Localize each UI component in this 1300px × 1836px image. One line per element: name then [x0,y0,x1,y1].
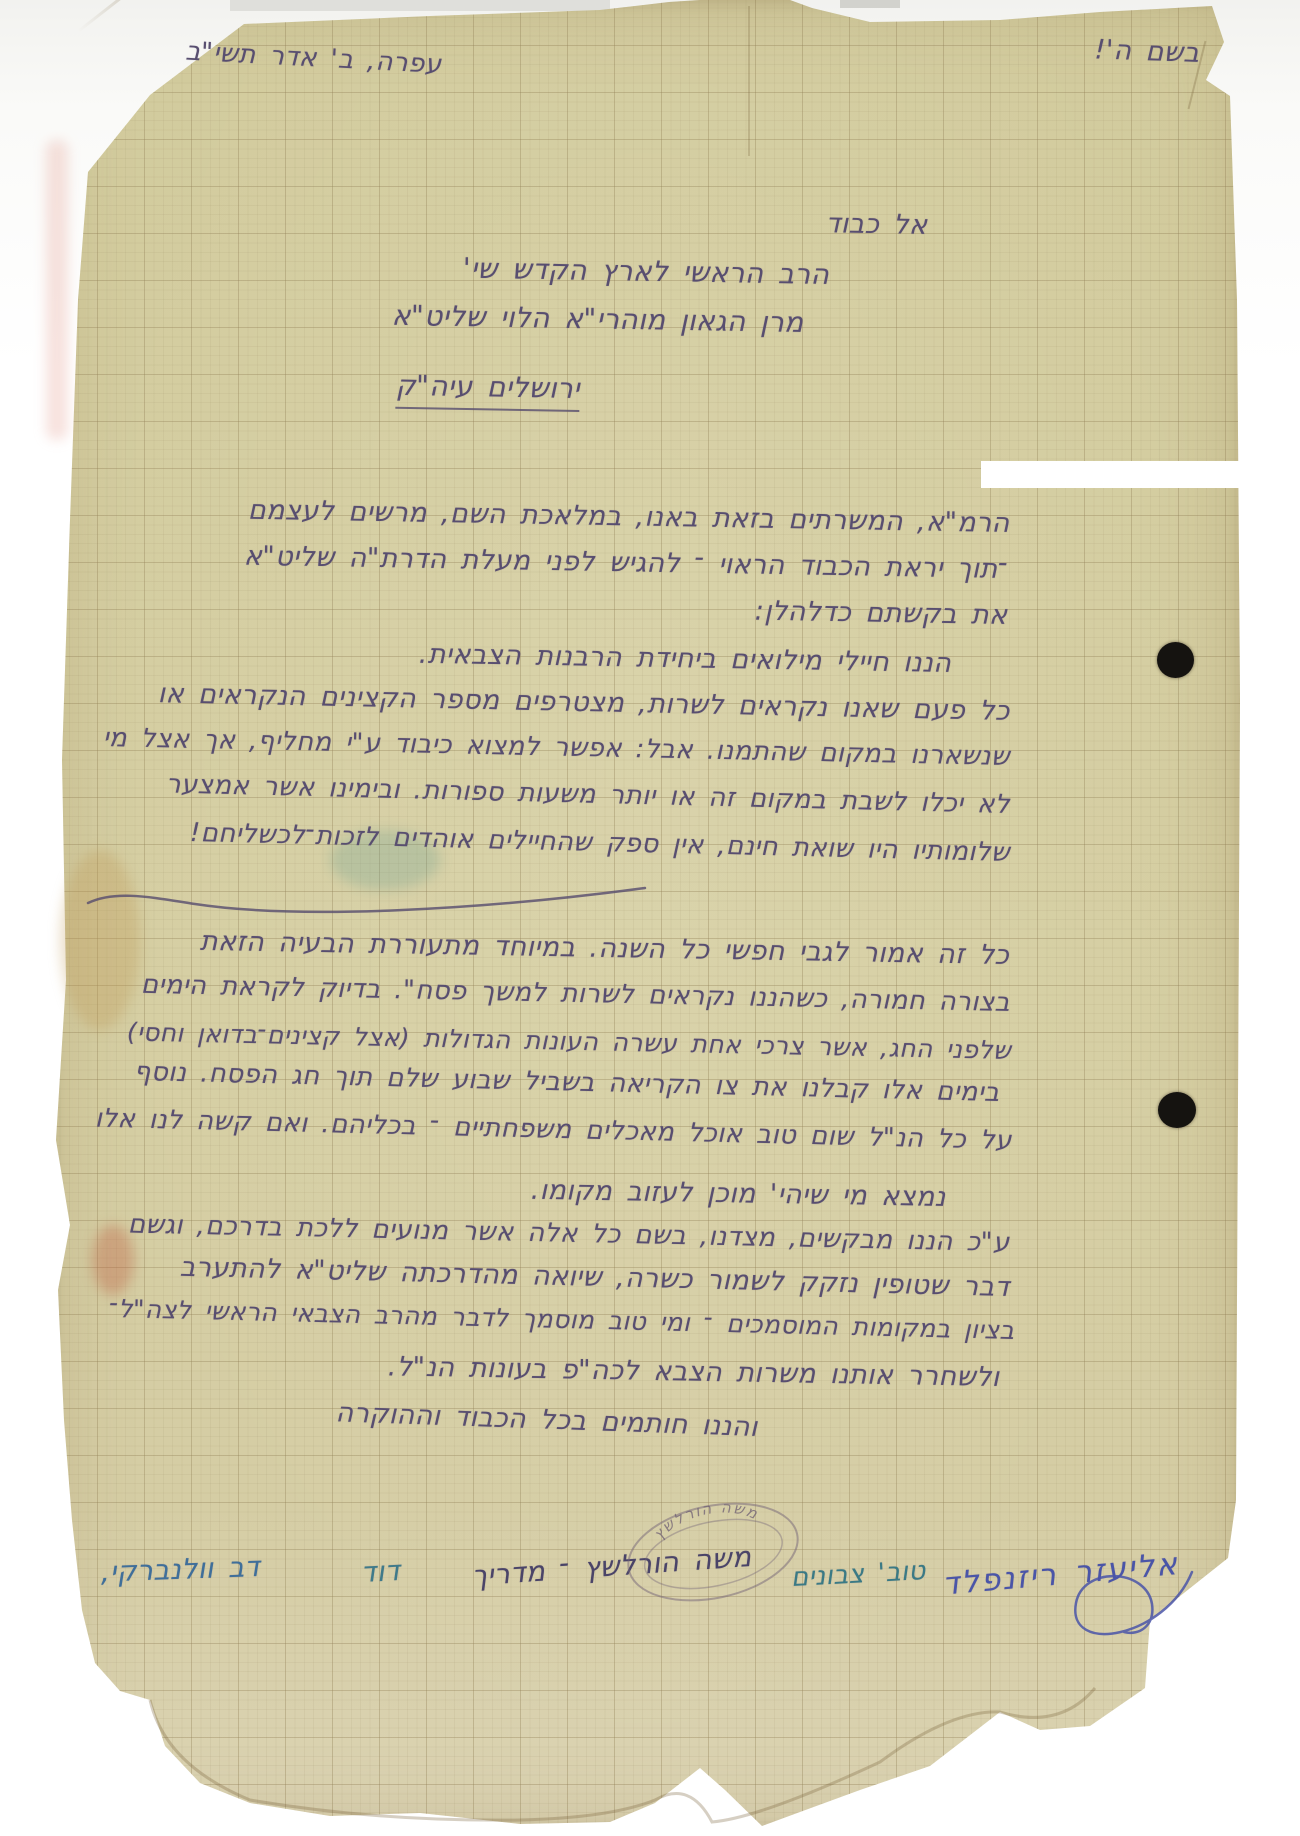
invocation-bsd: בשם ה'! [1094,34,1200,69]
signature: דב וולנברקי, [100,1550,261,1589]
scanned-letter-page: בשם ה'! עפרה, ב' אדר תשי"ב אל כבוד הרב ה… [0,0,1300,1836]
scan-edge-artifact [230,0,610,11]
body-line: את בקשתם כדלהלן: [755,596,1008,631]
fold-crease [77,0,236,33]
recipient-salutation: אל כבוד [826,208,928,241]
scan-edge-artifact [840,0,900,8]
recipient-line: הרב הראשי לארץ הקדש שי' [463,252,830,291]
recipient-city: ירושלים עיה"ק [395,369,580,412]
hole-punch-top [1157,642,1194,678]
signature: דוד [360,1554,401,1589]
redaction-bar [981,461,1241,488]
hole-punch-bottom [1158,1092,1196,1128]
paper-stain [46,140,68,440]
